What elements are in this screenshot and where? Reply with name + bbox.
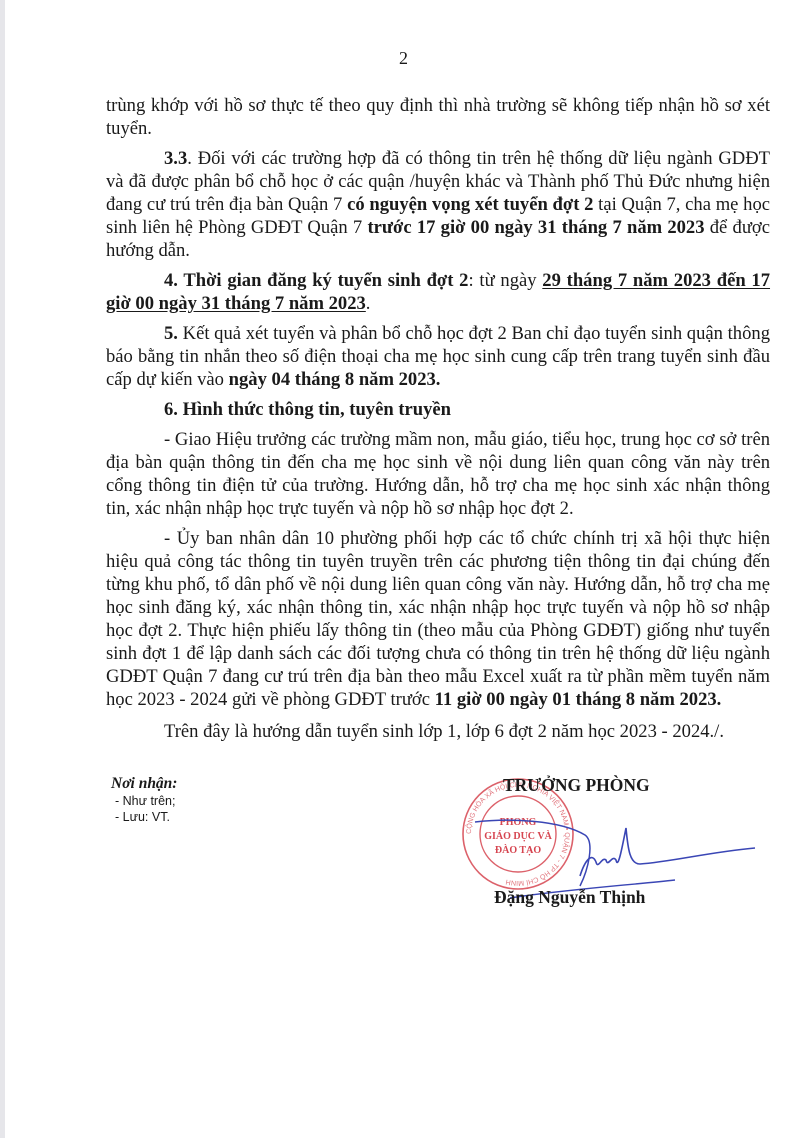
viewer-left-edge — [0, 0, 5, 1138]
paragraph-ward-committees: - Ủy ban nhân dân 10 phường phối hợp các… — [106, 527, 770, 711]
section-6-heading: 6. Hình thức thông tin, tuyên truyền — [106, 398, 770, 421]
closing-statement: Trên đây là hướng dẫn tuyển sinh lớp 1, … — [106, 720, 770, 743]
signatory-name: Đặng Nguyễn Thịnh — [494, 887, 645, 908]
recipient-item: - Như trên; — [111, 793, 177, 809]
paragraph-4-registration-time: 4. Thời gian đăng ký tuyển sinh đợt 2: t… — [106, 269, 770, 315]
document-body: trùng khớp với hồ sơ thực tế theo quy đị… — [106, 94, 770, 750]
recipients-block: Nơi nhận: - Như trên; - Lưu: VT. — [111, 775, 177, 825]
recipient-item: - Lưu: VT. — [111, 809, 177, 825]
page-number: 2 — [0, 48, 807, 69]
paragraph-principals: - Giao Hiệu trưởng các trường mầm non, m… — [106, 428, 770, 520]
handwritten-signature-icon — [470, 790, 760, 900]
paragraph-continuation: trùng khớp với hồ sơ thực tế theo quy đị… — [106, 94, 770, 140]
paragraph-5-results: 5. Kết quả xét tuyển và phân bổ chỗ học … — [106, 322, 770, 391]
recipients-label: Nơi nhận: — [111, 775, 177, 793]
paragraph-3-3: 3.3. Đối với các trường hợp đã có thông … — [106, 147, 770, 262]
